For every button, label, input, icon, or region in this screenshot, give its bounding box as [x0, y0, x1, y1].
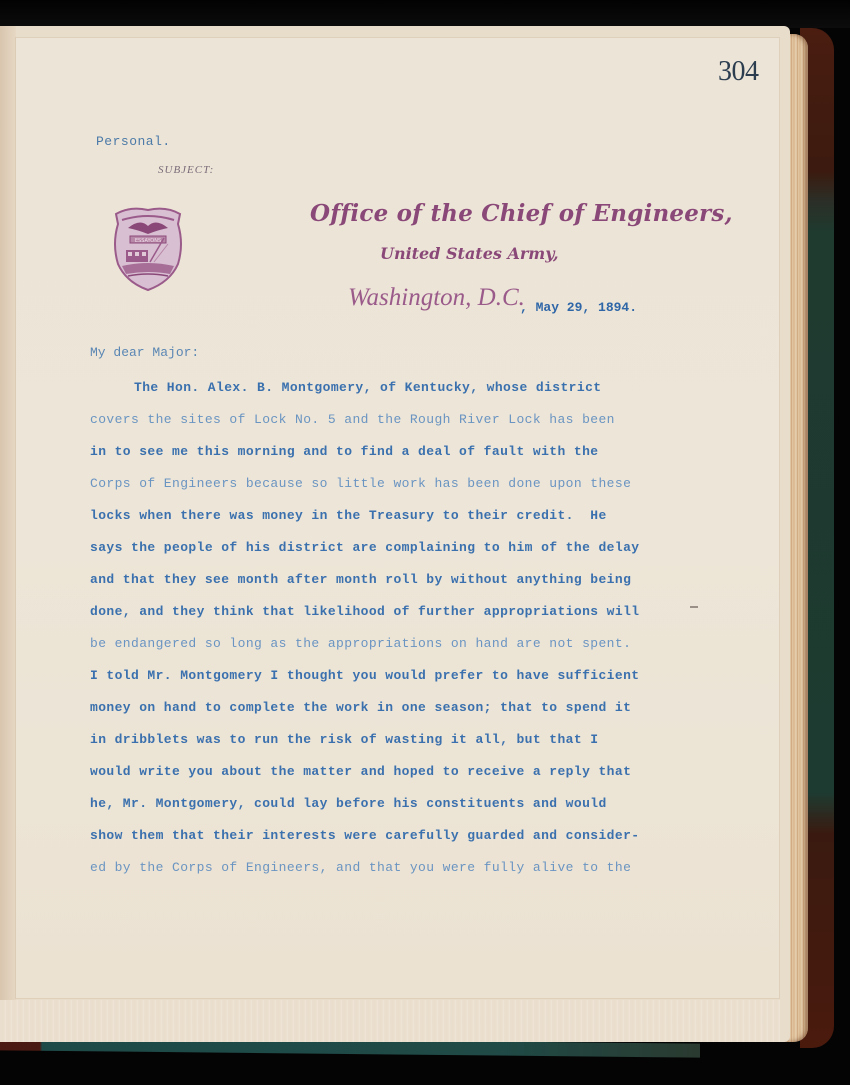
body-line: locks when there was money in the Treasu… [90, 508, 690, 540]
letter-body: The Hon. Alex. B. Montgomery, of Kentuck… [90, 380, 690, 892]
book-cover-top [0, 0, 850, 28]
body-line: would write you about the matter and hop… [90, 764, 690, 796]
body-line: money on hand to complete the work in on… [90, 700, 690, 732]
body-line: be endangered so long as the appropriati… [90, 636, 690, 668]
personal-label: Personal. [96, 134, 171, 149]
subject-label: SUBJECT: [158, 164, 214, 176]
body-line: in dribblets was to run the risk of wast… [90, 732, 690, 764]
letterhead-army-subtitle: United States Army, [380, 244, 559, 263]
svg-text:ESSAYONS: ESSAYONS [135, 238, 161, 244]
body-line: ed by the Corps of Engineers, and that y… [90, 860, 690, 892]
salutation: My dear Major: [90, 345, 199, 360]
page-gutter [0, 26, 16, 1042]
letterhead-office-title: Office of the Chief of Engineers, [310, 200, 733, 227]
body-line: in to see me this morning and to find a … [90, 444, 690, 476]
body-line: done, and they think that likelihood of … [90, 604, 690, 636]
page-lower-margin [0, 1000, 780, 1042]
body-line: The Hon. Alex. B. Montgomery, of Kentuck… [90, 380, 690, 412]
margin-mark [690, 606, 698, 608]
body-line: says the people of his district are comp… [90, 540, 690, 572]
body-line: covers the sites of Lock No. 5 and the R… [90, 412, 690, 444]
letterhead-place: Washington, D.C. [348, 284, 525, 312]
letter-date: , May 29, 1894. [520, 300, 637, 315]
body-line: and that they see month after month roll… [90, 572, 690, 604]
body-line: I told Mr. Montgomery I thought you woul… [90, 668, 690, 700]
body-line: Corps of Engineers because so little wor… [90, 476, 690, 508]
page-number: 304 [718, 56, 759, 88]
body-line: he, Mr. Montgomery, could lay before his… [90, 796, 690, 828]
body-line: show them that their interests were care… [90, 828, 690, 860]
corps-of-engineers-seal-icon: ESSAYONS [110, 204, 186, 292]
